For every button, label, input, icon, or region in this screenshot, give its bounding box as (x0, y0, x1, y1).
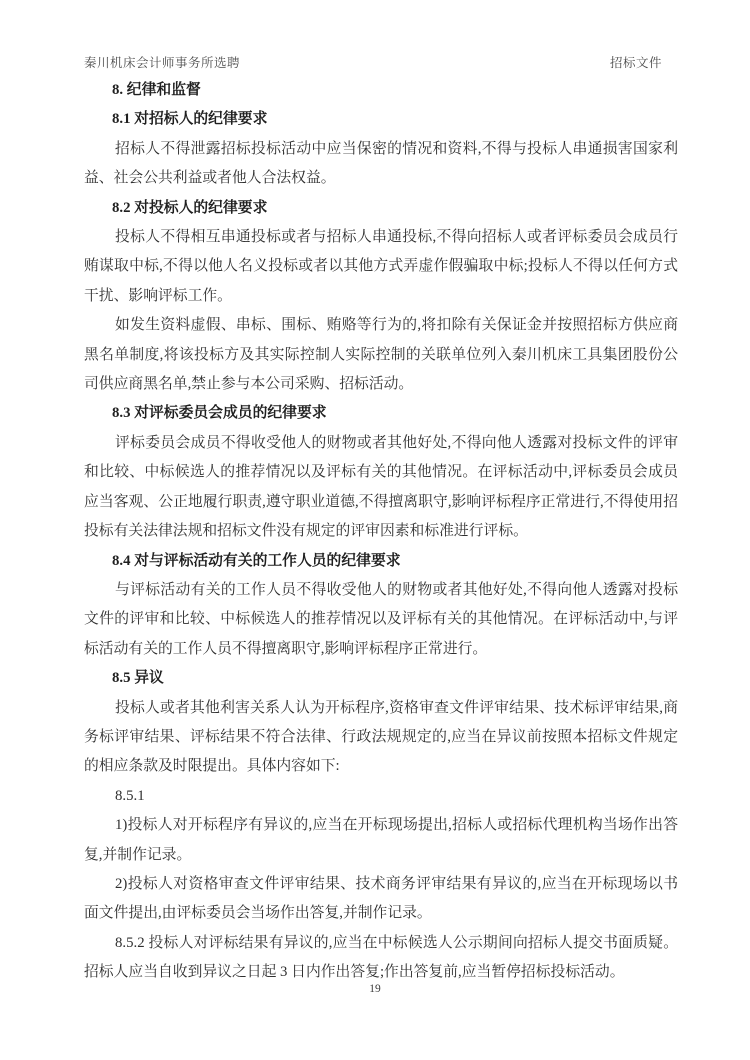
section-heading-8-4: 8.4 对与评标活动有关的工作人员的纪律要求 (84, 547, 678, 576)
section-heading-8-3: 8.3 对评标委员会成员的纪律要求 (84, 399, 678, 428)
section-heading-8-1: 8.1 对招标人的纪律要求 (84, 105, 678, 134)
paragraph-8-5-1-label: 8.5.1 (84, 782, 678, 811)
page-footer: 19 (0, 983, 750, 995)
document-body: 8. 纪律和监督 8.1 对招标人的纪律要求 招标人不得泄露招标投标活动中应当保… (84, 76, 678, 988)
paragraph-8-5-1-item-1: 1)投标人对开标程序有异议的,应当在开标现场提出,招标人或招标代理机构当场作出答… (84, 811, 678, 870)
page-header: 秦川机床会计师事务所选聘 招标文件 (84, 53, 662, 71)
paragraph-8-5-1-item-2: 2)投标人对资格审查文件评审结果、技术商务评审结果有异议的,应当在开标现场以书面… (84, 870, 678, 929)
paragraph-8-4: 与评标活动有关的工作人员不得收受他人的财物或者其他好处,不得向他人透露对投标文件… (84, 576, 678, 664)
header-left-title: 秦川机床会计师事务所选聘 (84, 53, 240, 71)
paragraph-8-1: 招标人不得泄露招标投标活动中应当保密的情况和资料,不得与投标人串通损害国家利益、… (84, 135, 678, 194)
paragraph-8-2-a: 投标人不得相互串通投标或者与招标人串通投标,不得向招标人或者评标委员会成员行贿谋… (84, 223, 678, 311)
paragraph-8-3: 评标委员会成员不得收受他人的财物或者其他好处,不得向他人透露对投标文件的评审和比… (84, 429, 678, 547)
document-page: 秦川机床会计师事务所选聘 招标文件 8. 纪律和监督 8.1 对招标人的纪律要求… (0, 0, 750, 1060)
page-number: 19 (369, 983, 381, 995)
paragraph-8-5-2: 8.5.2 投标人对评标结果有异议的,应当在中标候选人公示期间向招标人提交书面质… (84, 929, 678, 988)
section-heading-8-5: 8.5 异议 (84, 664, 678, 693)
section-heading-8-2: 8.2 对投标人的纪律要求 (84, 194, 678, 223)
section-heading-8: 8. 纪律和监督 (84, 76, 678, 105)
paragraph-8-2-b: 如发生资料虚假、串标、围标、贿赂等行为的,将扣除有关保证金并按照招标方供应商黑名… (84, 311, 678, 399)
header-right-label: 招标文件 (610, 53, 662, 71)
paragraph-8-5-intro: 投标人或者其他利害关系人认为开标程序,资格审查文件评审结果、技术标评审结果,商务… (84, 694, 678, 782)
